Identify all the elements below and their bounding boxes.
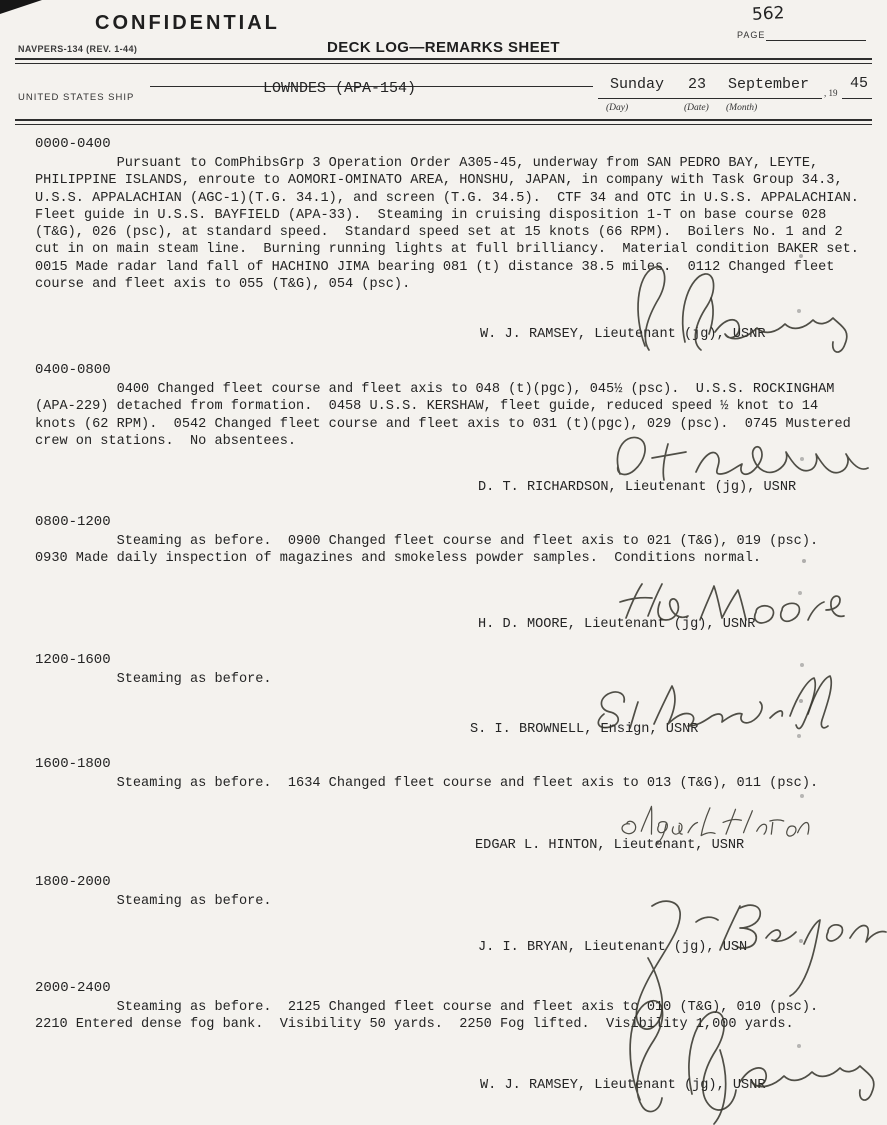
log-entry: 1600-1800 Steaming as before. 1634 Chang… [35,756,867,792]
ship-name-label: UNITED STATES SHIP [18,92,134,103]
log-entry: 1800-2000 Steaming as before. [35,874,867,910]
signature-name: W. J. RAMSEY, Lieutenant (jg), USNR [480,1078,766,1093]
entry-time-range: 0000-0400 [35,136,867,152]
classification-stamp: CONFIDENTIAL [95,12,280,35]
log-entry: 2000-2400 Steaming as before. 2125 Chang… [35,980,867,1034]
entry-text: Steaming as before. 1634 Changed fleet c… [35,775,867,792]
log-entry: 0400-0800 0400 Changed fleet course and … [35,362,867,450]
entry-time-range: 1800-2000 [35,874,867,890]
entry-text: Steaming as before. [35,671,867,688]
day-caption: (Day) [606,103,628,113]
signature-name: S. I. BROWNELL, Ensign, USNR [470,722,698,737]
ship-name: LOWNDES (APA-154) [263,80,416,97]
signature-name: D. T. RICHARDSON, Lieutenant (jg), USNR [478,480,796,495]
scan-noise-dots [0,0,2,2]
horizontal-rule-top [15,58,872,64]
log-date-block: Sunday 23 September , 19 45 (Day) (Date)… [598,74,872,120]
entry-time-range: 0800-1200 [35,514,867,530]
signature-name: EDGAR L. HINTON, Lieutenant, USNR [475,838,744,853]
horizontal-rule-under-header [15,119,872,125]
scan-corner-artifact [0,0,42,14]
document-title: DECK LOG—REMARKS SHEET [0,39,887,56]
entry-text: Steaming as before. 0900 Changed fleet c… [35,533,867,568]
page-number: 562 [751,3,784,25]
log-entry: 0000-0400 Pursuant to ComPhibsGrp 3 Oper… [35,136,867,293]
entry-text: Steaming as before. 2125 Changed fleet c… [35,999,867,1034]
date-caption: (Date) [684,103,709,113]
signature-script-hinton [612,800,802,842]
year-line [842,98,872,99]
log-date-month: September [728,76,809,93]
entry-text: Pursuant to ComPhibsGrp 3 Operation Orde… [35,155,867,293]
entry-time-range: 1600-1800 [35,756,867,772]
entry-time-range: 2000-2400 [35,980,867,996]
log-date-date: 23 [688,76,706,93]
date-line [598,98,822,99]
entry-time-range: 1200-1600 [35,652,867,668]
entry-text: 0400 Changed fleet course and fleet axis… [35,381,867,450]
month-caption: (Month) [726,103,757,113]
log-entry: 1200-1600 Steaming as before. [35,652,867,688]
signature-name: H. D. MOORE, Lieutenant (jg), USNR [478,617,755,632]
signature-name: J. I. BRYAN, Lieutenant (jg), USN [478,940,747,955]
year-prefix: , 19 [824,88,838,98]
log-entry: 0800-1200 Steaming as before. 0900 Chang… [35,514,867,568]
entry-time-range: 0400-0800 [35,362,867,378]
signature-name: W. J. RAMSEY, Lieutenant (jg), USNR [480,327,766,342]
deck-log-page: CONFIDENTIAL 562 PAGE NAVPERS-134 (REV. … [0,0,887,1125]
log-date-year: 45 [850,75,868,92]
entry-text: Steaming as before. [35,893,867,910]
log-date-day: Sunday [610,76,664,93]
